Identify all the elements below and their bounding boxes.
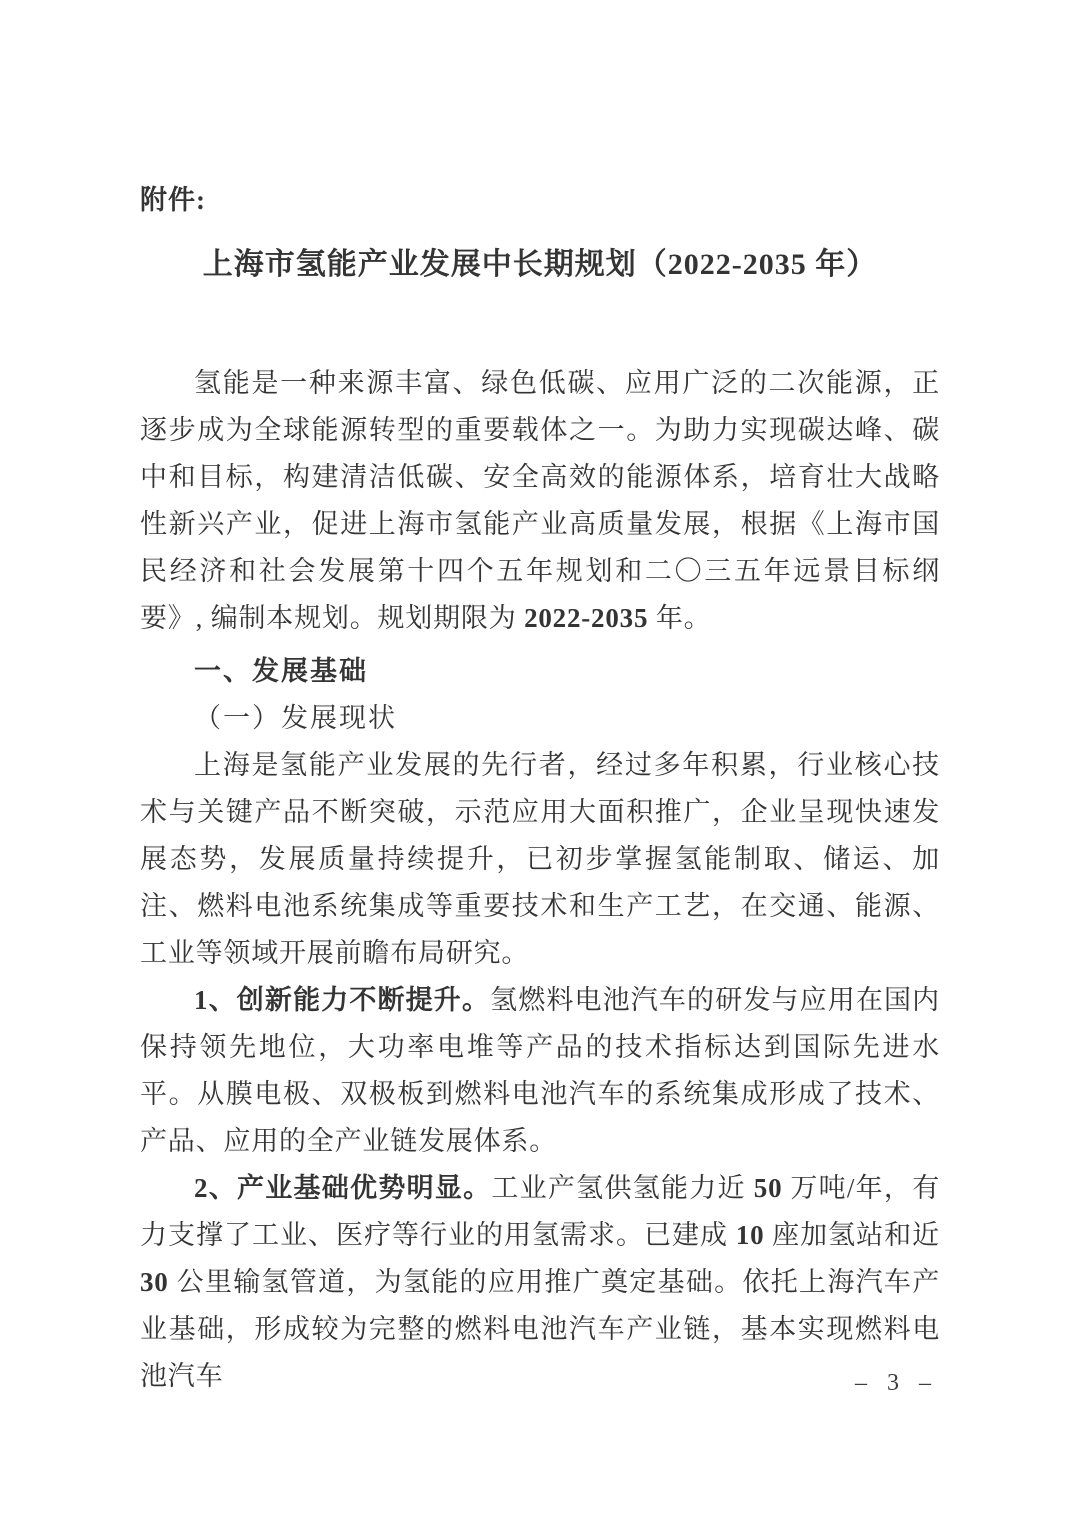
text-run: 氢能是一种来源丰富、绿色低碳、应用广泛的二次能源，正逐步成为全球能源转型的重要载… — [140, 368, 940, 633]
text-run: 30 — [140, 1267, 169, 1297]
status-paragraph: 上海是氢能产业发展的先行者，经过多年积累，行业核心技术与关键产品不断突破，示范应… — [140, 742, 940, 977]
text-run: 上海是氢能产业发展的先行者，经过多年积累，行业核心技术与关键产品不断突破，示范应… — [140, 750, 940, 968]
page-number: – 3 – — [855, 1368, 938, 1398]
text-run: 公里输氢管道，为氢能的应用推广奠定基础。依托上海汽车产业基础，形成较为完整的燃料… — [140, 1267, 940, 1391]
document-title: 上海市氢能产业发展中长期规划（2022-2035 年） — [140, 242, 940, 288]
document-page: 附件: 上海市氢能产业发展中长期规划（2022-2035 年） 氢能是一种来源丰… — [0, 0, 1080, 1527]
text-run: 一、发展基础 — [194, 656, 368, 686]
text-run: 50 — [754, 1173, 783, 1203]
section-heading-1: 一、发展基础 — [140, 648, 940, 695]
text-run: 座加氢站和近 — [764, 1220, 940, 1250]
text-run: 2022-2035 — [524, 603, 648, 633]
subsection-heading-1-1: （一）发展现状 — [140, 695, 940, 742]
text-run: 1、创新能力不断提升。 — [194, 985, 490, 1015]
text-run: （一）发展现状 — [194, 703, 397, 733]
point-1-paragraph: 1、创新能力不断提升。氢燃料电池汽车的研发与应用在国内保持领先地位，大功率电堆等… — [140, 977, 940, 1165]
text-run: 工业产氢供氢能力近 — [491, 1173, 753, 1203]
attachment-label: 附件: — [140, 180, 940, 220]
text-run: 10 — [736, 1220, 765, 1250]
text-run: 年。 — [648, 603, 711, 633]
text-run: 2、产业基础优势明显。 — [194, 1173, 491, 1203]
document-body: 氢能是一种来源丰富、绿色低碳、应用广泛的二次能源，正逐步成为全球能源转型的重要载… — [140, 360, 940, 1400]
intro-paragraph: 氢能是一种来源丰富、绿色低碳、应用广泛的二次能源，正逐步成为全球能源转型的重要载… — [140, 360, 940, 642]
point-2-paragraph: 2、产业基础优势明显。工业产氢供氢能力近 50 万吨/年，有力支撑了工业、医疗等… — [140, 1165, 940, 1400]
